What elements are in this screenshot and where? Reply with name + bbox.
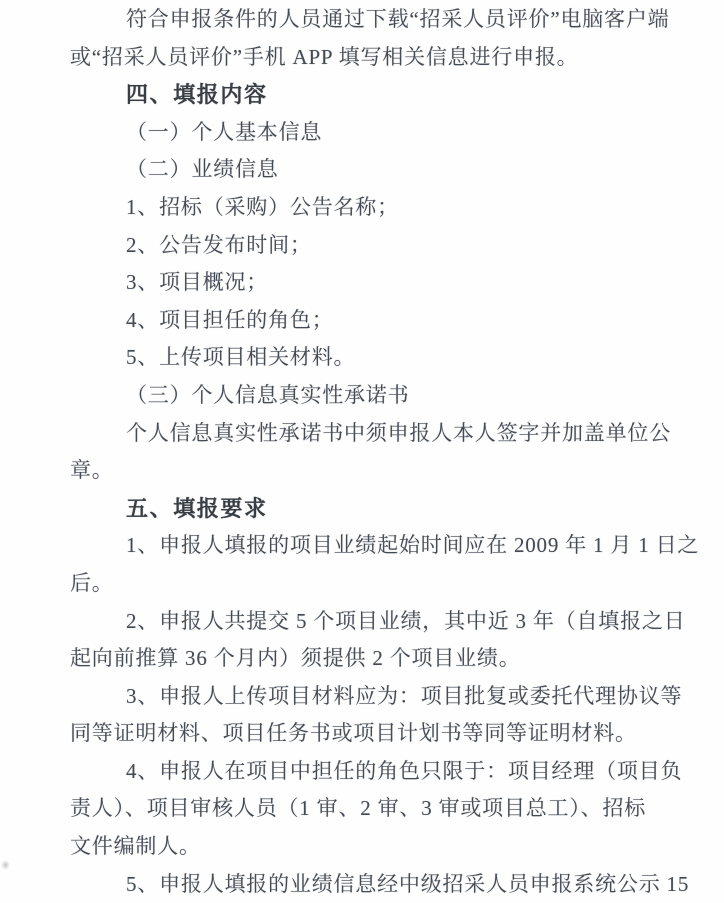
document-line: （一）个人基本信息 bbox=[70, 114, 654, 152]
section-heading: 五、填报要求 bbox=[70, 490, 654, 528]
document-line: 1、招标（采购）公告名称； bbox=[70, 189, 654, 227]
document-line: 3、申报人上传项目材料应为：项目批复或委托代理协议等 bbox=[70, 678, 654, 716]
document-line: 个人信息真实性承诺书中须申报人本人签字并加盖单位公 bbox=[70, 415, 654, 453]
document-line: 文件编制人。 bbox=[70, 828, 654, 866]
document-line: 起向前推算 36 个月内）须提供 2 个项目业绩。 bbox=[70, 640, 654, 678]
document-line: （三）个人信息真实性承诺书 bbox=[70, 377, 654, 415]
document-line: 章。 bbox=[70, 452, 654, 490]
document-line: 4、项目担任的角色； bbox=[70, 302, 654, 340]
document-text-block: 符合申报条件的人员通过下载“招采人员评价”电脑客户端或“招采人员评价”手机 AP… bbox=[0, 0, 724, 903]
document-line: （二）业绩信息 bbox=[70, 151, 654, 189]
document-line: 或“招采人员评价”手机 APP 填写相关信息进行申报。 bbox=[70, 39, 654, 77]
document-line: 1、申报人填报的项目业绩起始时间应在 2009 年 1 月 1 日之 bbox=[70, 527, 654, 565]
document-line: 4、申报人在项目中担任的角色只限于：项目经理（项目负 bbox=[70, 753, 654, 791]
document-line: 符合申报条件的人员通过下载“招采人员评价”电脑客户端 bbox=[70, 1, 654, 39]
document-page: 符合申报条件的人员通过下载“招采人员评价”电脑客户端或“招采人员评价”手机 AP… bbox=[0, 0, 724, 903]
document-line: 5、申报人填报的业绩信息经中级招采人员申报系统公示 15 bbox=[70, 866, 654, 903]
document-line: 同等证明材料、项目任务书或项目计划书等同等证明材料。 bbox=[70, 715, 654, 753]
document-line: 责人）、项目审核人员（1 审、2 审、3 审或项目总工）、招标 bbox=[70, 790, 654, 828]
document-line: 后。 bbox=[70, 565, 654, 603]
document-line: 3、项目概况； bbox=[70, 264, 654, 302]
document-line: 5、上传项目相关材料。 bbox=[70, 339, 654, 377]
document-line: 2、公告发布时间； bbox=[70, 227, 654, 265]
section-heading: 四、填报内容 bbox=[70, 76, 654, 114]
document-line: 2、申报人共提交 5 个项目业绩，其中近 3 年（自填报之日 bbox=[70, 603, 654, 641]
